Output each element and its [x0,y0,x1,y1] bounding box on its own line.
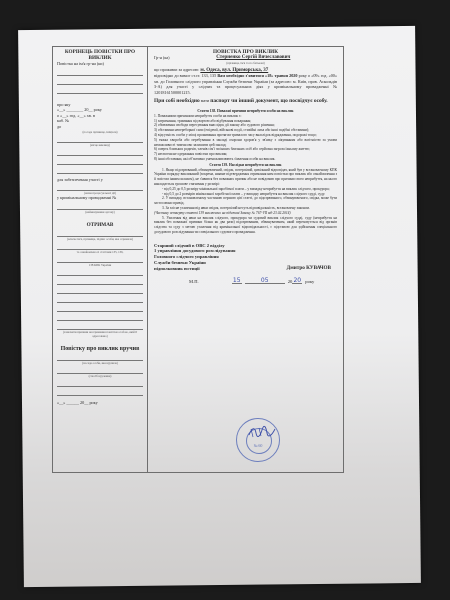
caption: 138 КПК України [57,263,143,267]
blank-line [57,323,143,330]
recipient-name: Стерненко Сергій Вячеславович [170,55,337,61]
stub-column: КОРІНЕЦЬ ПОВІСТКИ ПРО ВИКЛИК Повістка на… [53,47,148,472]
date-day: 15 [232,278,242,285]
caption: (місце виклику) [57,143,143,147]
blank-line [57,389,143,396]
blank-line [57,78,143,85]
caption: (власне ім'я, прізвище, підпис особи, як… [57,237,143,241]
signer-name: Дмитро КУВАЧОВ [287,266,331,272]
caption: (спосіб вручення) [57,374,143,378]
stub-proceeding: у кримінальному провадженні № [57,195,143,201]
address-label: що проживає за адресою: [154,67,199,72]
blank-line [57,149,143,156]
blank-line [57,256,143,263]
article-paragraph: 5. Ухилення від явки на виклик слідчого,… [154,216,337,235]
blank-line [57,230,143,237]
blank-line [57,305,143,312]
caption: (посада особи, яка вручила) [57,361,143,365]
blank-line [57,296,143,303]
date-month: 05 [245,278,285,285]
stub-purpose: для забезпечення участі у [57,177,143,183]
legal-basis: відповідно до вимог ст.ст. 133, 135 [154,73,216,78]
blank-line [57,136,143,143]
blank-line [57,243,143,250]
appearance-date: «18» травня 2020 [265,73,297,78]
to-label: Гр-н (ка) [154,55,170,61]
handed-title: Повістку про виклик вручив [57,346,143,352]
blank-line [57,203,143,210]
summons-form: КОРІНЕЦЬ ПОВІСТКИ ПРО ВИКЛИК Повістка на… [52,46,344,473]
blank-line [57,184,143,191]
stub-title: КОРІНЕЦЬ ПОВІСТКИ ПРО ВИКЛИК [57,49,143,61]
article-paragraph: - від 0,25 до 0,5 розміру мінімальної за… [154,187,337,192]
date-year: 20 [292,278,302,285]
article-item: 5) тяжка хвороба або перебування в закла… [154,138,337,148]
blank-line [57,287,143,294]
signature-block: Старший слідчий в ОВС 2 відділу 1 управл… [154,243,337,285]
caption: (прізвище, ім'я та по батькові) [154,61,337,65]
received-title: ОТРИМАВ [57,222,143,228]
article-paragraph: 1. Якщо підозрюваний, обвинувачений, сві… [154,168,337,187]
blank-line [57,158,143,165]
article-paragraph: 3. За злісне ухилення від явки свідок, п… [154,206,337,211]
caption: (зазначити причини неотримання повістки … [57,330,143,338]
article-paragraph: 2. У випадку, встановленому частиною пер… [154,196,337,206]
article-item: 8) інші обставини, які об'єктивно унемож… [154,157,337,162]
stub-date-bottom: «__» ______ 20__ року [57,400,143,406]
must-appear: Вам необхідно з'явитися [217,73,264,78]
blank-line [57,269,143,276]
blank-line [57,354,143,361]
blank-line [57,87,143,94]
blank-line [57,69,143,76]
stamp-number: № 60 [237,443,279,448]
address: м. Одеса, вул. Приморська, 37 [200,68,268,73]
blank-line [57,314,143,321]
passport-note: мати [201,98,209,103]
caption: та ознайомлена зі статтями 135, 136, [57,250,143,254]
passport-note: паспорт чи інший документ, що посвідчує … [210,98,327,104]
passport-note: При собі необхідно [154,98,200,104]
mp-label: М.П. [189,279,199,285]
caption: (посада прізвище, ініціали) [57,130,143,134]
signature-scribble [247,425,277,439]
blank-line [57,278,143,285]
stub-issued-to: Повістка на ім'я гр-на (ки) [57,61,143,67]
blank-line [57,367,143,374]
blank-line [57,380,143,387]
blank-line [57,167,143,174]
date-suffix: року [305,279,314,285]
notice-column: ПОВІСТКА ПРО ВИКЛИК Гр-н (ка) Стерненко … [148,47,343,472]
